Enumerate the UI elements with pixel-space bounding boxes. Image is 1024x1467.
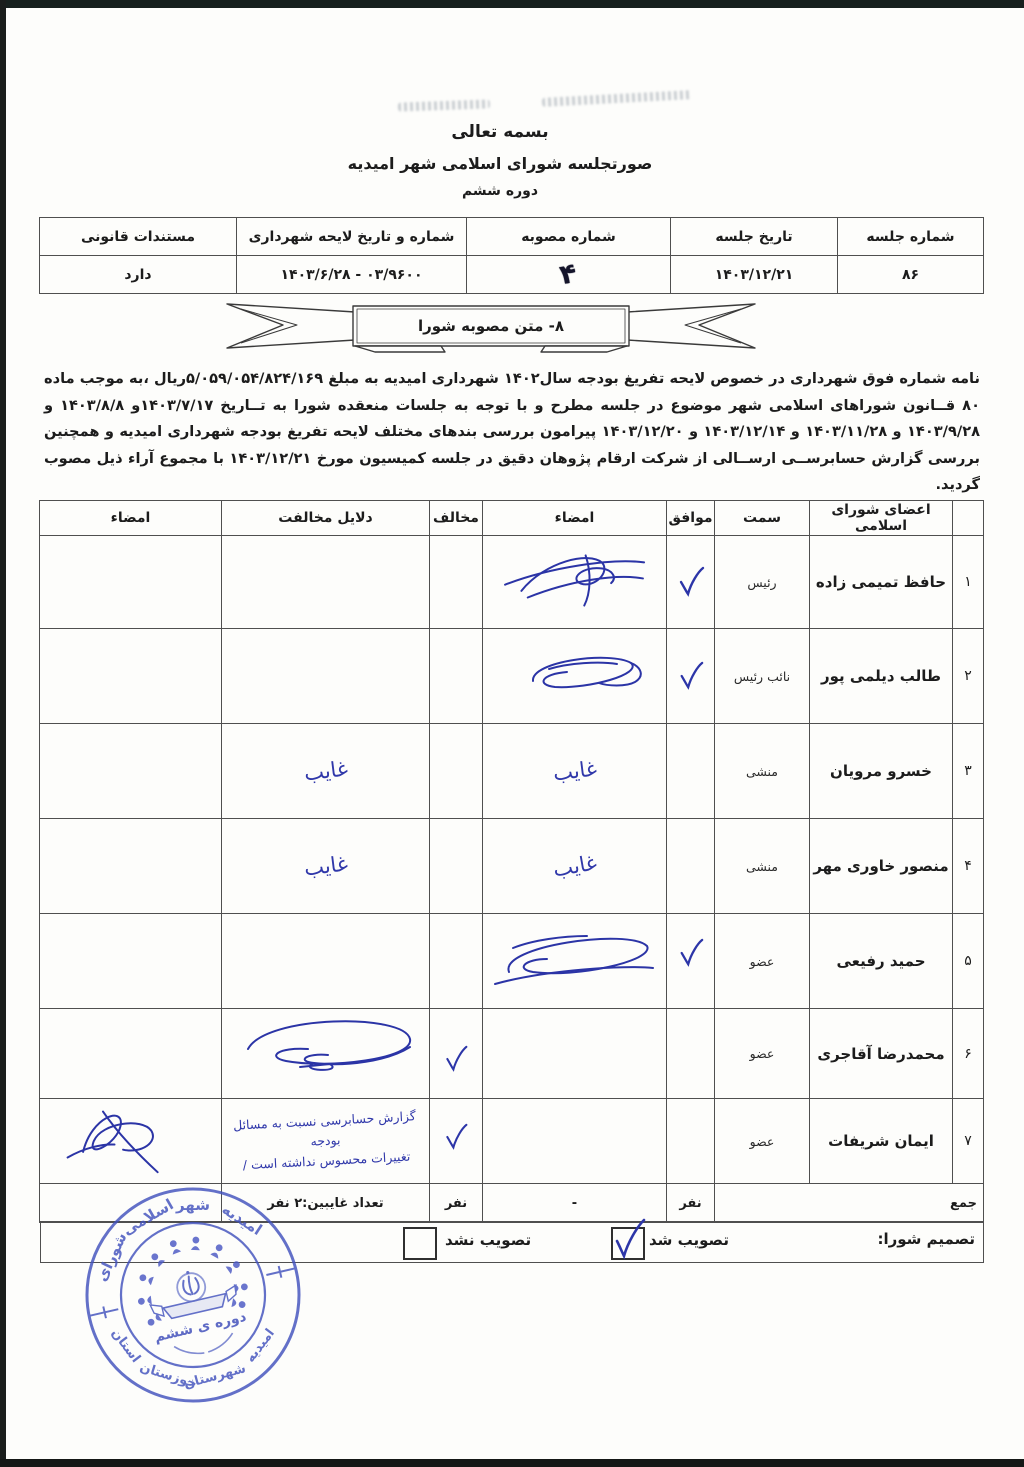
agree-cell (667, 914, 715, 1009)
resolution-number-header: شماره مصوبه (467, 218, 671, 256)
opposition-reason-cell: غایب (222, 819, 430, 914)
agree-cell (667, 536, 715, 629)
row-number: ۱ (953, 536, 984, 629)
check-icon (677, 659, 705, 693)
row-no-header (953, 501, 984, 536)
resolution-text: نامه شماره فوق شهرداری در خصوص لایحه تفر… (44, 366, 980, 499)
bill-number-date-header: شماره و تاریخ لایحه شهرداری (237, 218, 467, 256)
signature2-cell (40, 536, 222, 629)
member-name: ایمان شریفات (810, 1099, 953, 1184)
page-title: صورتجلسه شورای اسلامی شهر امیدیه (0, 154, 1000, 173)
bismillah-text: بسمه تعالی (0, 122, 1000, 142)
scan-edge-left (0, 0, 6, 1467)
position-header: سمت (715, 501, 810, 536)
row-number: ۳ (953, 724, 984, 819)
session-date-value: ۱۴۰۳/۱۲/۲۱ (671, 256, 838, 294)
member-position: منشی (715, 724, 810, 819)
signature2-cell (40, 914, 222, 1009)
bill-number-date-value: ۰۳/۹۶۰۰ - ۱۴۰۳/۶/۲۸ (237, 256, 467, 294)
stamp-bottom-word: استان (108, 1326, 143, 1366)
oppose-cell (430, 1009, 483, 1099)
handwritten-opposition-reason: گزارش حسابرسی نسبت به مسائل بودجه تغییرا… (221, 1106, 431, 1177)
oppose-cell (430, 629, 483, 724)
check-icon (443, 1043, 469, 1075)
signature2-cell (40, 629, 222, 724)
absent-note: غایب (302, 756, 348, 785)
agree-cell (667, 629, 715, 724)
stamp-bottom-word: امیدیه (243, 1326, 278, 1365)
reason-line-1: گزارش حسابرسی نسبت به مسائل بودجه (233, 1108, 416, 1149)
member-name: طالب دیلمی پور (810, 629, 953, 724)
opposition-reason-cell (222, 536, 430, 629)
member-row: ۲ طالب دیلمی پور نائب رئیس (40, 629, 984, 724)
signature2-cell (40, 1099, 222, 1184)
row-number: ۲ (953, 629, 984, 724)
handwritten-resolution-number: ۴ (558, 258, 580, 291)
check-icon (443, 1121, 469, 1153)
oppose-count-unit: نفر (430, 1184, 483, 1223)
signature-cell (483, 536, 667, 629)
legal-docs-header: مستندات قانونی (40, 218, 237, 256)
member-name-header: اعضای شورای اسلامی (810, 501, 953, 536)
approved-checkbox (611, 1227, 645, 1260)
absent-note: غایب (551, 756, 597, 785)
signature-graphic (489, 639, 661, 715)
member-position: عضو (715, 1099, 810, 1184)
scanned-document-page: بسمه تعالی صورتجلسه شورای اسلامی شهر امی… (0, 0, 1024, 1467)
oppose-cell (430, 819, 483, 914)
signature-header: امضاء (483, 501, 667, 536)
signature-cell (483, 1009, 667, 1099)
resolution-banner: ۸- متن مصوبه شورا (205, 296, 777, 360)
members-header-row: اعضای شورای اسلامی سمت موافق امضاء مخالف… (40, 501, 984, 536)
agree-count-unit: نفر (667, 1184, 715, 1223)
scan-artifact (542, 90, 692, 107)
opposition-reason-cell: غایب (222, 724, 430, 819)
info-header-row: شماره جلسه تاریخ جلسه شماره مصوبه شماره … (40, 218, 984, 256)
signature-cell (483, 914, 667, 1009)
signature-graphic (483, 920, 667, 1004)
agree-cell (667, 1099, 715, 1184)
member-row: ۷ ایمان شریفات عضو گزارش حسابرسی نسبت به… (40, 1099, 984, 1184)
agree-cell (667, 819, 715, 914)
stamp-top-word: شورای (92, 1230, 130, 1284)
opposition-reason-cell (222, 1009, 430, 1099)
check-icon (609, 1215, 649, 1261)
signature2-header: امضاء (40, 501, 222, 536)
session-number-header: شماره جلسه (838, 218, 984, 256)
member-row: ۳ خسرو مرویان منشی غایب غایب (40, 724, 984, 819)
session-date-header: تاریخ جلسه (671, 218, 838, 256)
member-position: منشی (715, 819, 810, 914)
row-number: ۴ (953, 819, 984, 914)
signature-cell: غایب (483, 819, 667, 914)
member-name: منصور خاوری مهر (810, 819, 953, 914)
member-row: ۱ حافظ تمیمی زاده رئیس (40, 536, 984, 629)
check-icon (676, 564, 706, 600)
council-stamp: شورای اسلامی شهر امیدیه استان خوزستان شه… (74, 1176, 312, 1414)
session-number-value: ۸۶ (838, 256, 984, 294)
decision-label: تصمیم شورا: (877, 1230, 975, 1248)
resolution-number-value: ۴ (467, 256, 671, 294)
opposition-reason-cell (222, 914, 430, 1009)
stamp-term-text: دوره ی ششم (153, 1309, 248, 1346)
member-name: حمید رفیعی (810, 914, 953, 1009)
opposition-reason-cell: گزارش حسابرسی نسبت به مسائل بودجه تغییرا… (222, 1099, 430, 1184)
signature-graphic (204, 1009, 444, 1099)
legal-docs-value: دارد (40, 256, 237, 294)
oppose-header: مخالف (430, 501, 483, 536)
agree-cell (667, 1009, 715, 1099)
oppose-cell (430, 1099, 483, 1184)
signature-cell (483, 1099, 667, 1184)
approved-label: تصویب شد (649, 1231, 729, 1249)
members-vote-table: اعضای شورای اسلامی سمت موافق امضاء مخالف… (39, 500, 984, 1223)
info-value-row: ۸۶ ۱۴۰۳/۱۲/۲۱ ۴ ۰۳/۹۶۰۰ - ۱۴۰۳/۶/۲۸ دارد (40, 256, 984, 294)
session-info-table: شماره جلسه تاریخ جلسه شماره مصوبه شماره … (39, 217, 984, 294)
signature-cell: غایب (483, 724, 667, 819)
signature2-cell (40, 724, 222, 819)
opposition-reasons-header: دلایل مخالفت (222, 501, 430, 536)
signature2-cell (40, 819, 222, 914)
banner-title: ۸- متن مصوبه شورا (353, 308, 629, 344)
member-row: ۴ منصور خاوری مهر منشی غایب غایب (40, 819, 984, 914)
member-row: ۶ محمدرضا آقاجری عضو (40, 1009, 984, 1099)
document-header: بسمه تعالی صورتجلسه شورای اسلامی شهر امی… (0, 122, 1000, 199)
member-position: عضو (715, 914, 810, 1009)
row-number: ۵ (953, 914, 984, 1009)
member-position: نائب رئیس (715, 629, 810, 724)
member-position: عضو (715, 1009, 810, 1099)
reason-line-2: تغییرات محسوس نداشته است / (242, 1149, 410, 1173)
stamp-top-word: اسلامی (119, 1195, 176, 1238)
scan-edge-top (0, 0, 1024, 8)
member-name: خسرو مرویان (810, 724, 953, 819)
agree-header: موافق (667, 501, 715, 536)
check-icon (677, 936, 705, 970)
row-number: ۷ (953, 1099, 984, 1184)
oppose-cell (430, 724, 483, 819)
member-position: رئیس (715, 536, 810, 629)
stamp-top-word: شهر (175, 1196, 210, 1214)
signature2-cell (40, 1009, 222, 1099)
absent-note: غایب (302, 851, 348, 880)
signature-cell (483, 629, 667, 724)
stamp-bottom-word: شهرستان (182, 1361, 247, 1392)
totals-label: جمع (715, 1184, 984, 1223)
rejected-label: تصویب نشد (445, 1231, 531, 1249)
scan-edge-bottom (0, 1459, 1024, 1467)
term-subtitle: دوره ششم (0, 183, 1000, 199)
member-name: محمدرضا آقاجری (810, 1009, 953, 1099)
oppose-cell (430, 914, 483, 1009)
member-row: ۵ حمید رفیعی عضو (40, 914, 984, 1009)
agree-cell (667, 724, 715, 819)
absent-note: غایب (551, 850, 598, 881)
member-name: حافظ تمیمی زاده (810, 536, 953, 629)
scan-artifact (398, 99, 490, 111)
signature-graphic (489, 538, 661, 627)
rejected-checkbox (403, 1227, 437, 1260)
stamp-top-word: امیدیه (219, 1200, 266, 1239)
opposition-reason-cell (222, 629, 430, 724)
row-number: ۶ (953, 1009, 984, 1099)
oppose-cell (430, 536, 483, 629)
